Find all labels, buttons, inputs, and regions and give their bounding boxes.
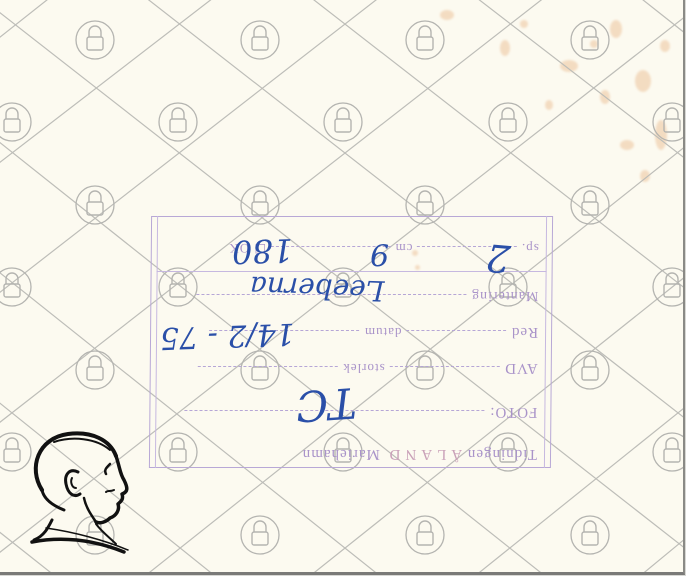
sp-label: sp. — [521, 241, 539, 256]
publisher-city: Mariehamn — [302, 446, 380, 462]
foto-label: FOTO: — [489, 404, 537, 420]
publisher-prefix: Tidningen — [467, 446, 537, 462]
cm-label: cm — [395, 241, 413, 256]
avd-label: AVD — [504, 360, 538, 376]
handwritten-ref-a: 2 — [484, 235, 512, 281]
datum-label: datum — [364, 325, 402, 340]
profile-portrait-logo — [24, 428, 134, 556]
mantering-label: Mantering — [471, 288, 538, 303]
red-label: Red — [511, 324, 538, 340]
handwritten-ref-c: 180 — [231, 231, 293, 271]
handwritten-initials: TC — [294, 378, 357, 431]
handwritten-name: Leeberna — [249, 270, 384, 308]
stamp-publisher-row: Tidningen ÅLAND Mariehamn — [163, 445, 537, 462]
publisher-name: ÅLAND — [385, 446, 463, 462]
storlek-label: storlek — [342, 361, 385, 376]
stamp-sp-row: sp. cm ☐ OK — [165, 240, 539, 256]
photo-card-back: Tidningen ÅLAND Mariehamn FOTO: AVD stor… — [0, 0, 685, 575]
stamp-avd-row: AVD storlek — [164, 359, 538, 376]
handwritten-ref-b: 9 — [370, 236, 389, 271]
handwritten-date: 14/2 - 75 — [159, 316, 295, 356]
